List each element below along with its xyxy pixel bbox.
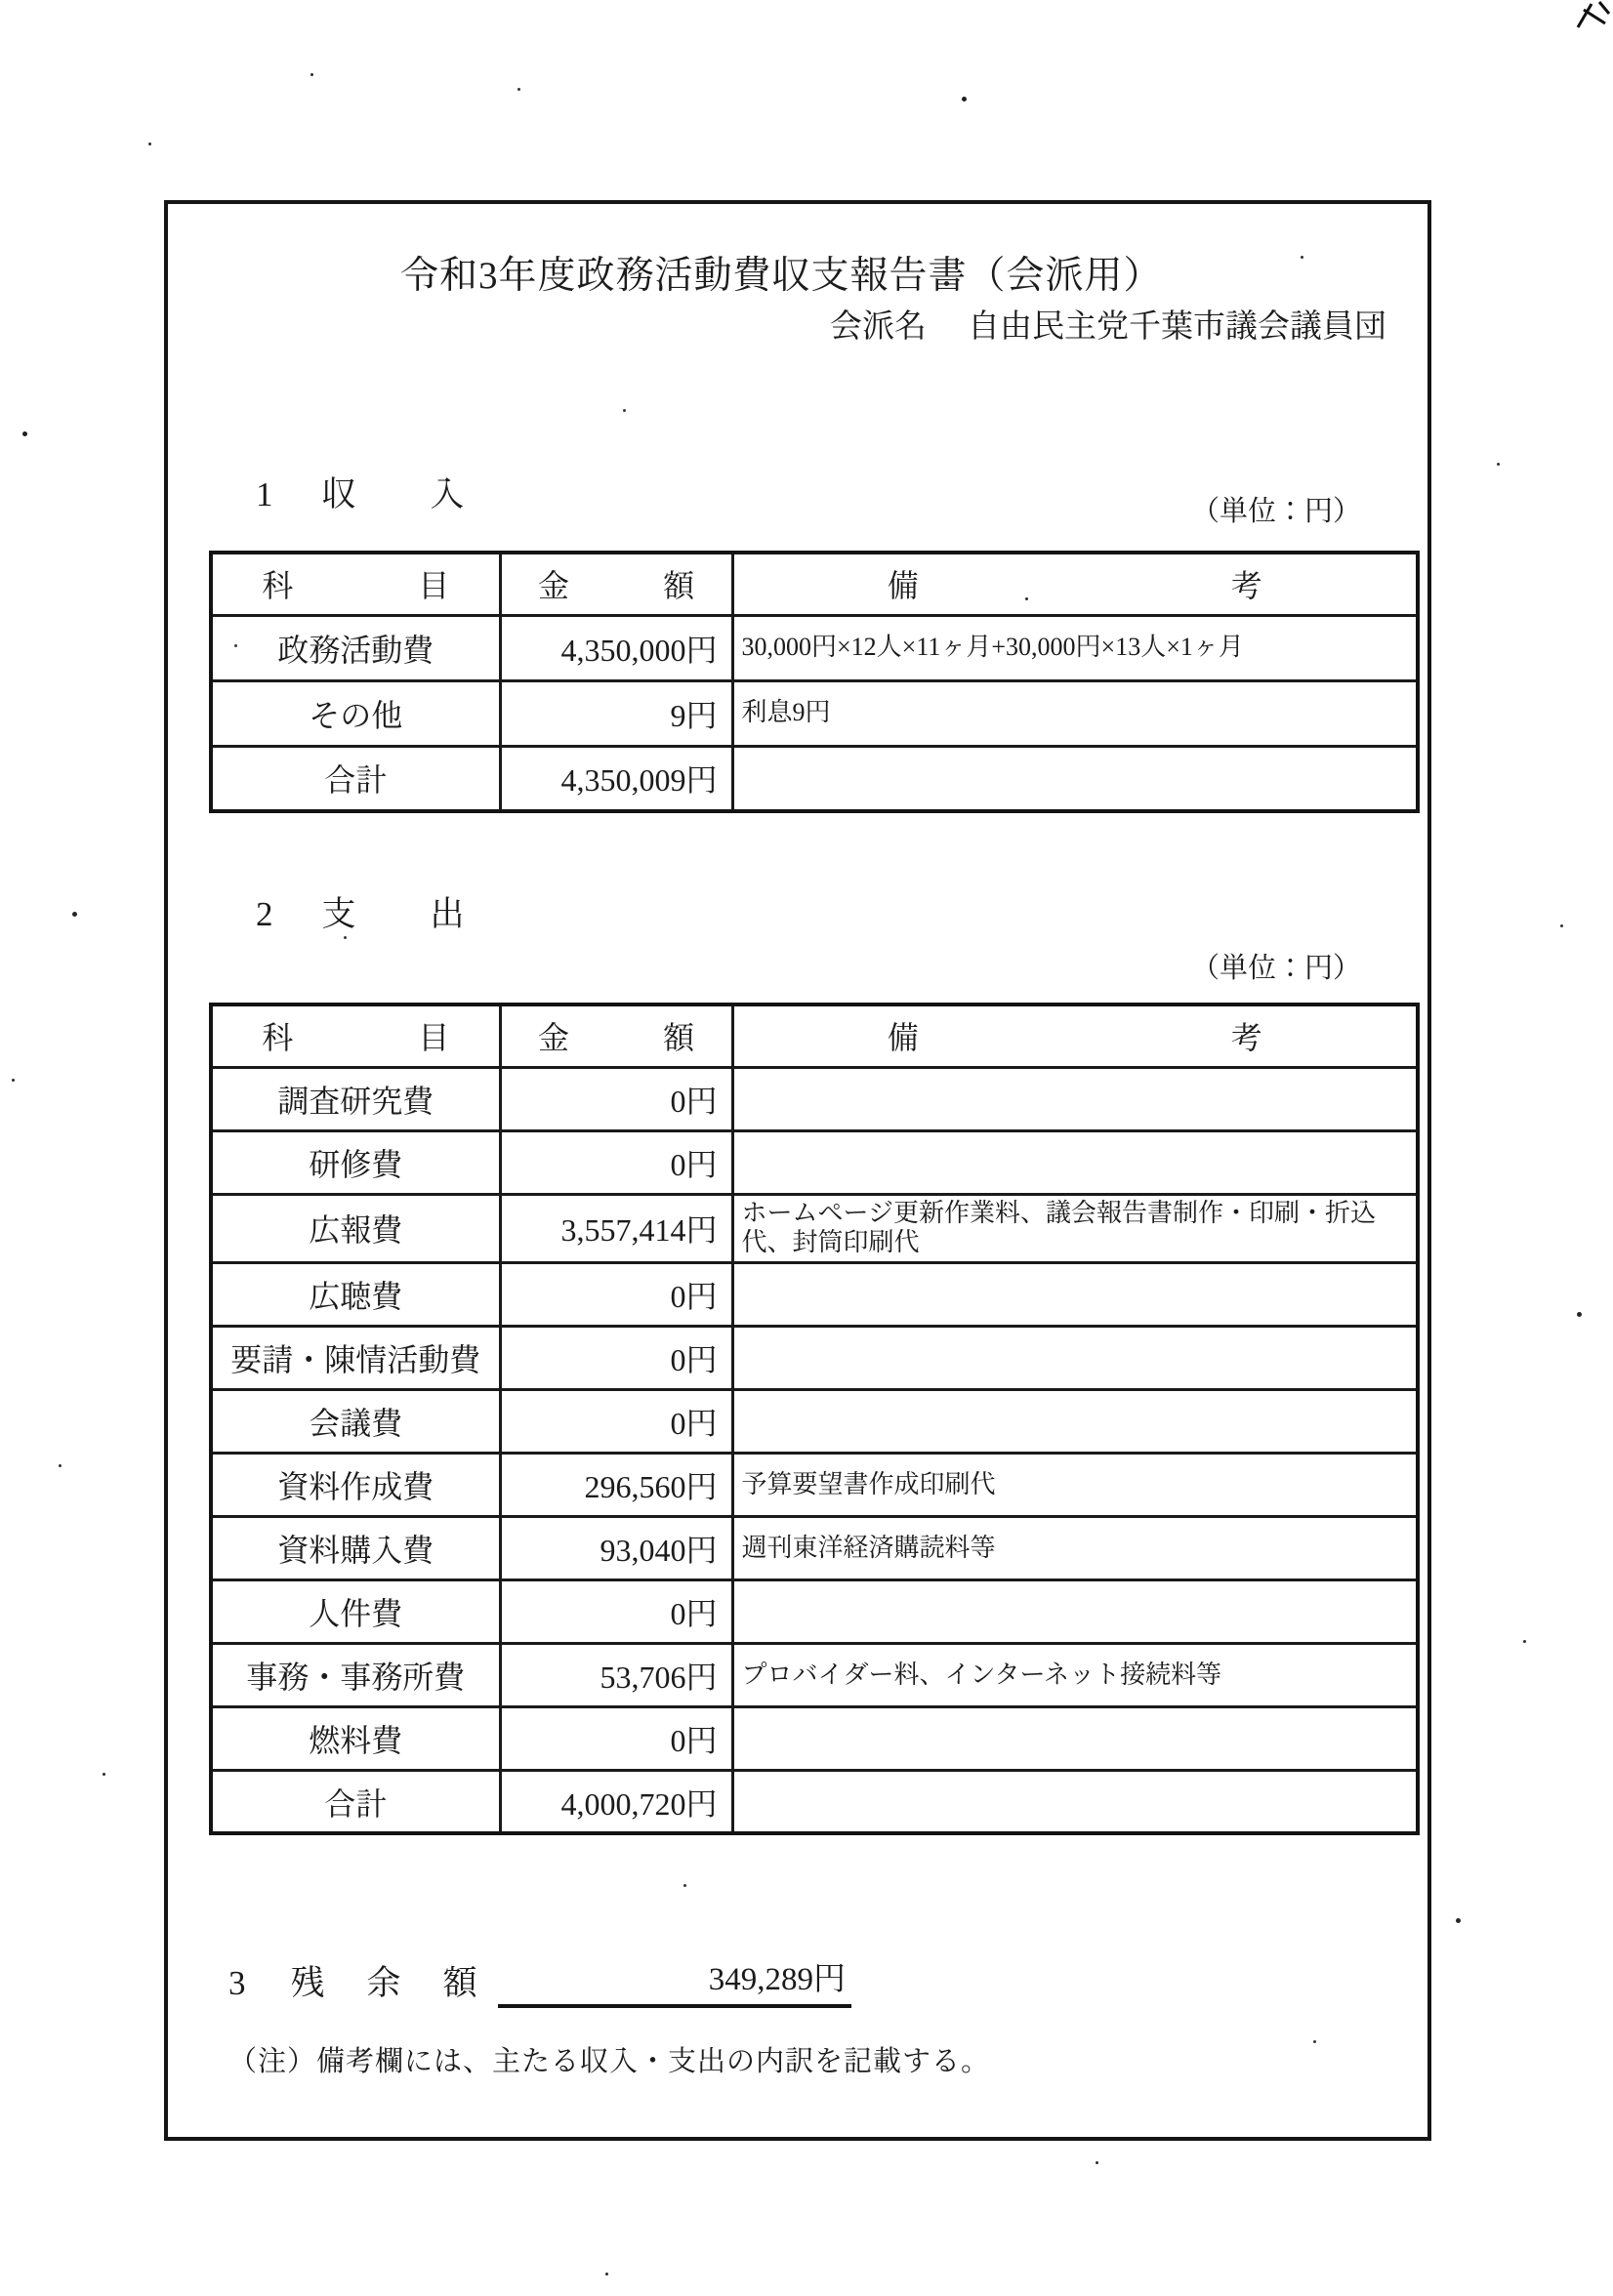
expenditure-header-row: 科 目 金 額 備 考 xyxy=(211,1004,1418,1067)
expenditure-remarks-cell: ホームページ更新作業料、議会報告書制作・印刷・折込代、封筒印刷代 xyxy=(732,1194,1418,1262)
scan-noise-specks xyxy=(0,0,3,3)
faction-line: 会派名自由民主党千葉市議会議員団 xyxy=(830,301,1386,347)
expenditure-amount-cell: 0円 xyxy=(500,1579,732,1643)
expenditure-table-row: 合計 4,000,720円 xyxy=(211,1770,1418,1833)
expenditure-item-cell: 会議費 xyxy=(211,1389,500,1453)
expenditure-header-remarks: 備 考 xyxy=(732,1004,1418,1067)
document-border-frame: 令和3年度政務活動費収支報告書（会派用） 会派名自由民主党千葉市議会議員団 1収… xyxy=(164,200,1431,2141)
expenditure-heading-label: 支 出 xyxy=(322,895,467,933)
expenditure-unit-label: （単位：円） xyxy=(1191,946,1361,986)
expenditure-remarks-cell xyxy=(732,1706,1418,1770)
expenditure-remarks-cell xyxy=(732,1067,1418,1130)
expenditure-item-cell: 資料作成費 xyxy=(211,1453,500,1516)
expenditure-table-row: 資料作成費 296,560円 予算要望書作成印刷代 xyxy=(211,1453,1418,1516)
balance-amount: 349,289円 xyxy=(498,1953,851,2008)
expenditure-remarks-cell: 予算要望書作成印刷代 xyxy=(732,1453,1418,1516)
income-remarks-cell: 利息9円 xyxy=(732,680,1418,746)
faction-name: 自由民主党千葉市議会議員団 xyxy=(968,309,1386,345)
income-table-row: 合計 4,350,009円 xyxy=(211,746,1418,811)
expenditure-table: 科 目 金 額 備 考 調査研究費 0円 研修費 xyxy=(209,1003,1420,1835)
faction-label: 会派名 xyxy=(830,309,927,345)
expenditure-header-amount: 金 額 xyxy=(500,1004,732,1067)
expenditure-table-row: 事務・事務所費 53,706円 プロバイダー料、インターネット接続料等 xyxy=(211,1643,1418,1706)
expenditure-header-item: 科 目 xyxy=(211,1004,500,1067)
income-section-heading: 1収 入 xyxy=(256,468,467,516)
expenditure-amount-cell: 3,557,414円 xyxy=(500,1194,732,1262)
income-table-row: 政務活動費 4,350,000円 30,000円×12人×11ヶ月+30,000… xyxy=(211,615,1418,680)
income-item-cell: その他 xyxy=(211,680,500,746)
income-header-amount: 金 額 xyxy=(500,553,732,615)
income-heading-number: 1 xyxy=(256,475,275,514)
expenditure-remarks-cell xyxy=(732,1770,1418,1833)
income-amount-cell: 9円 xyxy=(500,680,732,746)
expenditure-section-heading: 2支 出 xyxy=(256,887,467,936)
scanned-report-page: 令和3年度政務活動費収支報告書（会派用） 会派名自由民主党千葉市議会議員団 1収… xyxy=(0,0,1613,2296)
income-amount-cell: 4,350,009円 xyxy=(500,746,732,811)
income-unit-label: （単位：円） xyxy=(1191,489,1361,529)
income-header-row: 科 目 金 額 備 考 xyxy=(211,553,1418,615)
expenditure-item-cell: 広報費 xyxy=(211,1194,500,1262)
expenditure-item-cell: 資料購入費 xyxy=(211,1516,500,1579)
expenditure-amount-cell: 0円 xyxy=(500,1706,732,1770)
expenditure-amount-cell: 0円 xyxy=(500,1389,732,1453)
expenditure-item-cell: 研修費 xyxy=(211,1130,500,1194)
document-title: 令和3年度政務活動費収支報告書（会派用） xyxy=(400,245,1163,300)
expenditure-table-row: 人件費 0円 xyxy=(211,1579,1418,1643)
expenditure-remarks-cell xyxy=(732,1389,1418,1453)
expenditure-item-cell: 燃料費 xyxy=(211,1706,500,1770)
expenditure-table-row: 会議費 0円 xyxy=(211,1389,1418,1453)
expenditure-table-row: 調査研究費 0円 xyxy=(211,1067,1418,1130)
expenditure-amount-cell: 53,706円 xyxy=(500,1643,732,1706)
expenditure-remarks-cell: 週刊東洋経済購読料等 xyxy=(732,1516,1418,1579)
income-remarks-cell xyxy=(732,746,1418,811)
expenditure-item-cell: 要請・陳情活動費 xyxy=(211,1326,500,1389)
expenditure-amount-cell: 4,000,720円 xyxy=(500,1770,732,1833)
expenditure-item-cell: 調査研究費 xyxy=(211,1067,500,1130)
expenditure-amount-cell: 0円 xyxy=(500,1326,732,1389)
expenditure-table-row: 資料購入費 93,040円 週刊東洋経済購読料等 xyxy=(211,1516,1418,1579)
expenditure-table-row: 要請・陳情活動費 0円 xyxy=(211,1326,1418,1389)
expenditure-item-cell: 合計 xyxy=(211,1770,500,1833)
income-item-cell: 合計 xyxy=(211,746,500,811)
expenditure-amount-cell: 93,040円 xyxy=(500,1516,732,1579)
expenditure-amount-cell: 296,560円 xyxy=(500,1453,732,1516)
expenditure-amount-cell: 0円 xyxy=(500,1067,732,1130)
expenditure-table-row: 燃料費 0円 xyxy=(211,1706,1418,1770)
income-item-cell: 政務活動費 xyxy=(211,615,500,680)
expenditure-table-row: 広報費 3,557,414円 ホームページ更新作業料、議会報告書制作・印刷・折込… xyxy=(211,1194,1418,1262)
expenditure-remarks-cell xyxy=(732,1130,1418,1194)
income-table: 科 目 金 額 備 考 政務活動費 4,350,000円 30,000円×12人… xyxy=(209,551,1420,813)
income-remarks-cell: 30,000円×12人×11ヶ月+30,000円×13人×1ヶ月 xyxy=(732,615,1418,680)
expenditure-item-cell: 広聴費 xyxy=(211,1262,500,1326)
income-heading-label: 収 入 xyxy=(322,475,467,513)
expenditure-item-cell: 人件費 xyxy=(211,1579,500,1643)
income-header-remarks: 備 考 xyxy=(732,553,1418,615)
footnote: （注）備考欄には、主たる収入・支出の内訳を記載する。 xyxy=(228,2039,990,2079)
expenditure-remarks-cell xyxy=(732,1326,1418,1389)
balance-heading-label: 残 余 額 xyxy=(291,1964,481,2002)
expenditure-amount-cell: 0円 xyxy=(500,1262,732,1326)
income-table-row: その他 9円 利息9円 xyxy=(211,680,1418,746)
expenditure-table-row: 広聴費 0円 xyxy=(211,1262,1418,1326)
expenditure-heading-number: 2 xyxy=(256,895,275,934)
income-amount-cell: 4,350,000円 xyxy=(500,615,732,680)
expenditure-item-cell: 事務・事務所費 xyxy=(211,1643,500,1706)
expenditure-remarks-cell xyxy=(732,1262,1418,1326)
corner-scribble-mark xyxy=(1572,0,1611,33)
balance-heading-number: 3 xyxy=(228,1964,250,2003)
expenditure-remarks-cell: プロバイダー料、インターネット接続料等 xyxy=(732,1643,1418,1706)
balance-section-heading: 3残 余 額 xyxy=(228,1956,481,2005)
expenditure-remarks-cell xyxy=(732,1579,1418,1643)
expenditure-table-row: 研修費 0円 xyxy=(211,1130,1418,1194)
income-header-item: 科 目 xyxy=(211,553,500,615)
expenditure-amount-cell: 0円 xyxy=(500,1130,732,1194)
